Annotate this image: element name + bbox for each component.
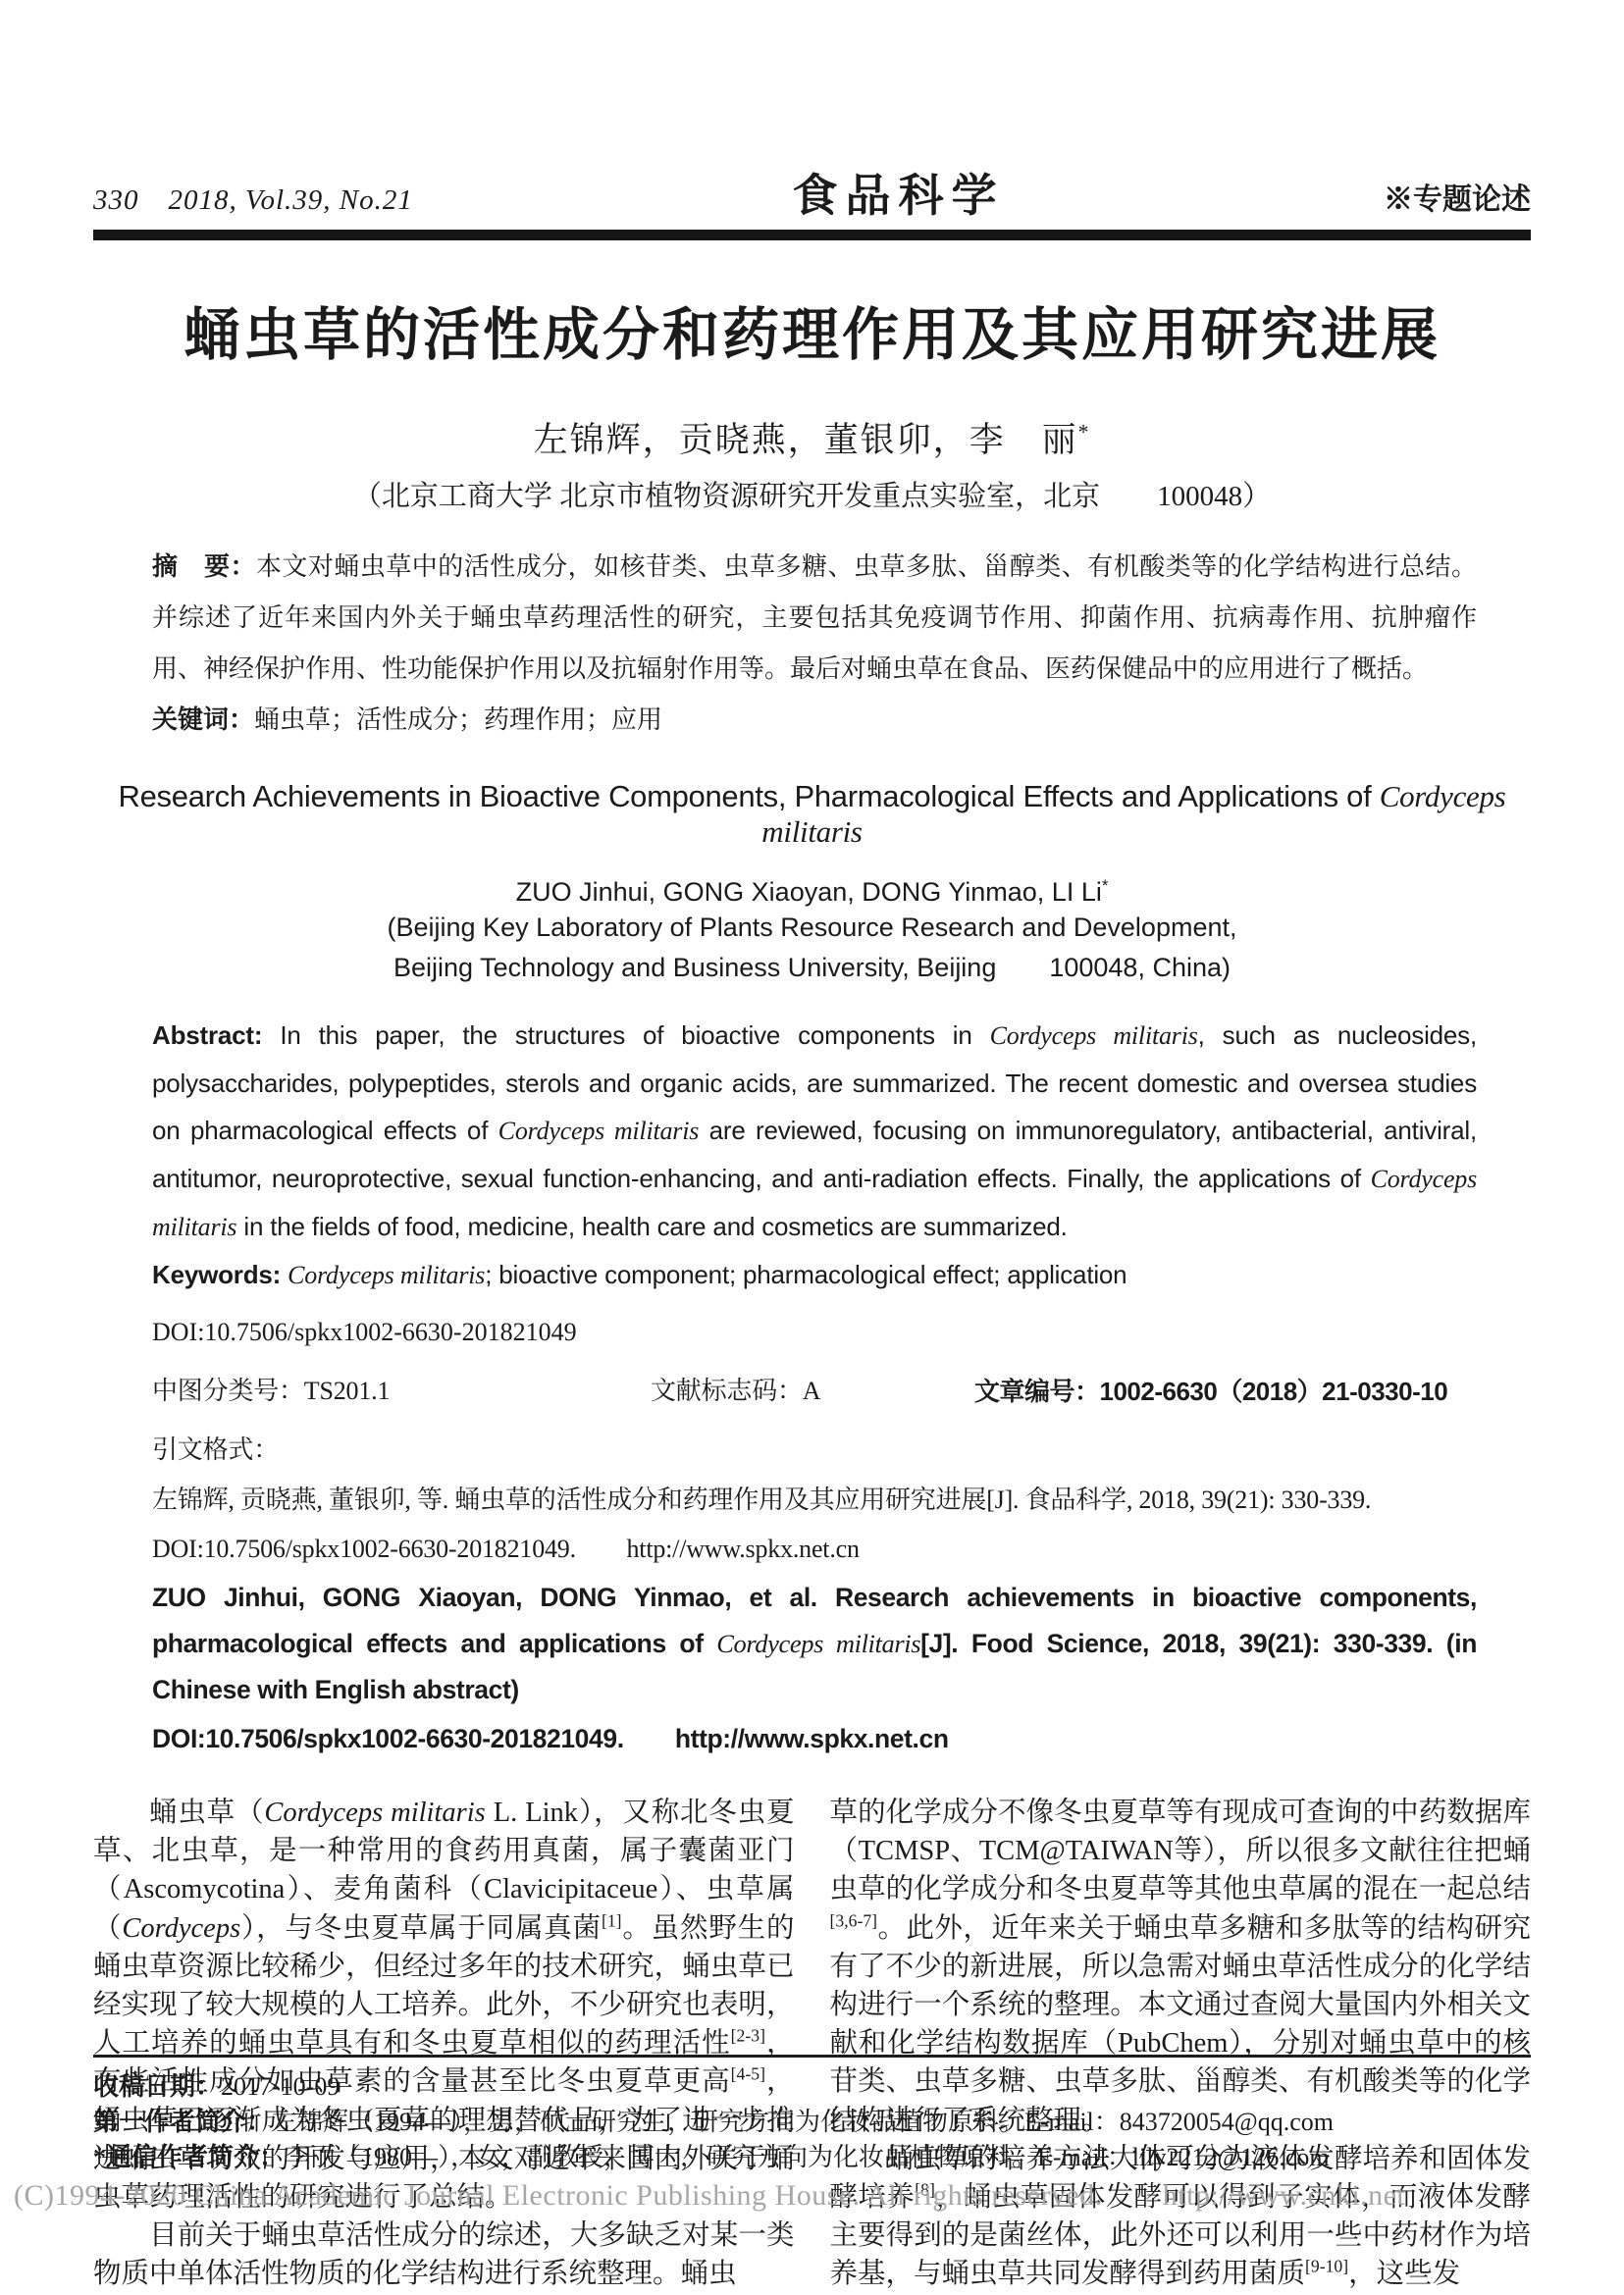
keywords-cn: 关键词：蛹虫草；活性成分；药理作用；应用 [152, 695, 1477, 746]
body-columns: 蛹虫草（Cordyceps militaris L. Link），又称北冬虫夏草… [93, 1794, 1531, 2295]
meta-row: 中图分类号：TS201.1 文献标志码：A 文章编号：1002-6630（201… [152, 1368, 1477, 1415]
authors-cn: 左锦辉，贡晓燕，董银卯，李 丽* [0, 413, 1624, 462]
body-paragraph: 目前关于蛹虫草活性成分的综述，大多缺乏对某一类物质中单体活性物质的化学结构进行系… [93, 2217, 795, 2293]
journal-name: 食品科学 [792, 173, 1004, 218]
first-author-bio: 第一作者简介：左锦辉（1994—），男，硕士研究生，研究方向为化妆品植物原料。E… [93, 2105, 1531, 2140]
clc-number: 中图分类号：TS201.1 [152, 1368, 651, 1415]
document-code: 文献标志码：A [651, 1368, 974, 1415]
article-title-en: Research Achievements in Bioactive Compo… [79, 779, 1545, 850]
citation-format-label: 引文格式： [152, 1427, 1477, 1474]
journal-scan-page: 330 2018, Vol.39, No.21 食品科学 ※专题论述 蛹虫草的活… [0, 0, 1624, 2295]
abstract-cn: 摘 要：本文对蛹虫草中的活性成分，如核苷类、虫草多糖、虫草多肽、甾醇类、有机酸类… [152, 542, 1477, 695]
authors-en: ZUO Jinhui, GONG Xiaoyan, DONG Yinmao, L… [0, 877, 1624, 908]
page-header: 330 2018, Vol.39, No.21 食品科学 ※专题论述 [93, 173, 1531, 218]
keywords-en: Keywords: Cordyceps militaris; bioactive… [152, 1251, 1477, 1299]
citation-en: ZUO Jinhui, GONG Xiaoyan, DONG Yinmao, e… [152, 1575, 1477, 1713]
citation-cn-doi: DOI:10.7506/spkx1002-6630-201821049. htt… [152, 1527, 1477, 1572]
received-date: 收稿日期：2017-10-09 [93, 2069, 1531, 2105]
article-id: 文章编号：1002-6630（2018）21-0330-10 [974, 1368, 1477, 1415]
abstract-en: Abstract: In this paper, the structures … [152, 1012, 1477, 1251]
header-rule [93, 230, 1531, 240]
abstract-block-en: Abstract: In this paper, the structures … [152, 1012, 1477, 1762]
article-title-cn: 蛹虫草的活性成分和药理作用及其应用研究进展 [93, 301, 1531, 370]
citation-cn: 左锦辉, 贡晓燕, 董银卯, 等. 蛹虫草的活性成分和药理作用及其应用研究进展[… [152, 1478, 1477, 1523]
section-label: ※专题论述 [1384, 175, 1531, 218]
footnote-block: 收稿日期：2017-10-09 第一作者简介：左锦辉（1994—），男，硕士研究… [93, 2055, 1531, 2175]
page-volume-info: 330 2018, Vol.39, No.21 [93, 178, 413, 218]
abstract-block-cn: 摘 要：本文对蛹虫草中的活性成分，如核苷类、虫草多糖、虫草多肽、甾醇类、有机酸类… [152, 542, 1477, 746]
citation-en-doi: DOI:10.7506/spkx1002-6630-201821049. htt… [152, 1716, 1477, 1762]
body-left-column: 蛹虫草（Cordyceps militaris L. Link），又称北冬虫夏草… [93, 1794, 795, 2295]
affiliation-cn: （北京工商大学 北京市植物资源研究开发重点实验室，北京 100048） [0, 474, 1624, 514]
doi-line: DOI:10.7506/spkx1002-6630-201821049 [152, 1309, 1477, 1356]
affiliation-en-line2: Beijing Technology and Business Universi… [0, 948, 1624, 988]
body-right-column: 草的化学成分不像冬虫夏草等有现成可查询的中药数据库（TCMSP、TCM@TAIW… [830, 1794, 1532, 2295]
cnki-watermark: (C)1994-2020 China Academic Journal Elec… [14, 2170, 1405, 2214]
affiliation-en-line1: (Beijing Key Laboratory of Plants Resour… [0, 908, 1624, 948]
